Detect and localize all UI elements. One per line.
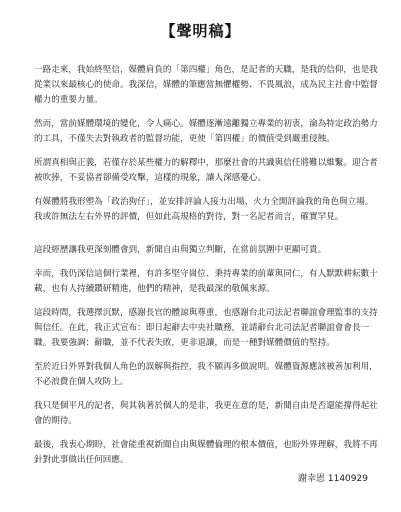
- statement-body: 一路走來，我始終堅信，媒體肩負的「第四權」角色，是記者的天職，是我的信仰，也是我…: [34, 63, 369, 477]
- document-title: 【聲明稿】: [0, 20, 401, 41]
- signature: 謝幸恩 1140929: [298, 471, 368, 484]
- paragraph-line: 針對此事做出任何回應。: [34, 453, 369, 468]
- paragraph-line: 被吹捧，不妥協者卻備受攻擊，這樣的現象，讓人深感憂心。: [34, 171, 369, 186]
- paragraph-line: 有媒體將我形塑為「政治狗仔」，並安排評論人接力出場、火力全開評論我的角色與立場。: [34, 195, 369, 210]
- paragraph-line: 所謂真相與正義，若僅存於某些權力的解釋中，那麼社會的共識與信任將難以維繫。迎合者: [34, 156, 369, 171]
- statement-page: 【聲明稿】 一路走來，我始終堅信，媒體肩負的「第四權」角色，是記者的天職，是我的…: [0, 0, 401, 512]
- paragraph-line: 最後，我衷心期盼，社會能重視新聞自由與媒體倫理的根本價值，也盼外界理解，我將不再: [34, 438, 369, 453]
- paragraph-7: 這段時間，我選擇沉默，感謝長官的體諒與尊重，也感謝台北司法記者聯誼會理監事的支持…: [34, 306, 369, 351]
- paragraph-line: 我只是個平凡的記者，與其執著於個人的是非，我更在意的是，新聞自由是否還能撐得起社: [34, 399, 369, 414]
- paragraph-6: 幸而，我仍深信這個行業裡，有許多堅守崗位、秉持專業的前輩與同仁，有人默默耕耘數十…: [34, 267, 369, 297]
- paragraph-line: 幸而，我仍深信這個行業裡，有許多堅守崗位、秉持專業的前輩與同仁，有人默默耕耘數十: [34, 267, 369, 282]
- paragraph-8: 至於近日外界對我個人角色的誤解與指控，我不願再多做說明。媒體資源應該被善加利用，…: [34, 360, 369, 390]
- paragraph-2: 然而，當前媒體環境的變化，令人痛心。媒體逐漸遠離獨立專業的初衷，淪為特定政治勢力…: [34, 117, 369, 147]
- paragraph-4: 有媒體將我形塑為「政治狗仔」，並安排評論人接力出場、火力全開評論我的角色與立場。…: [34, 195, 369, 225]
- paragraph-9: 我只是個平凡的記者，與其執著於個人的是非，我更在意的是，新聞自由是否還能撐得起社…: [34, 399, 369, 429]
- paragraph-line: 這段時間，我選擇沉默，感謝長官的體諒與尊重，也感謝台北司法記者聯誼會理監事的支持: [34, 306, 369, 321]
- paragraph-line: 這段經歷讓我更深刻體會到，新聞自由與獨立判斷，在當前氛圍中更顯可貴。: [34, 243, 369, 258]
- paragraph-line: 的工具，不僅失去對執政者的監督功能，更使「第四權」的價值受到嚴重侵蝕。: [34, 132, 369, 147]
- paragraph-line: 我或許無法左右外界的評價，但如此高規格的對待，對一名記者而言，確實罕見。: [34, 210, 369, 225]
- paragraph-line: 會的期待。: [34, 414, 369, 429]
- paragraph-3: 所謂真相與正義，若僅存於某些權力的解釋中，那麼社會的共識與信任將難以維繫。迎合者…: [34, 156, 369, 186]
- paragraph-5: 這段經歷讓我更深刻體會到，新聞自由與獨立判斷，在當前氛圍中更顯可貴。: [34, 243, 369, 258]
- paragraph-line: 載，也有人持續鑽研精進，他們的精神，是我最深的敬佩來源。: [34, 282, 369, 297]
- paragraph-line: 權力的重要力量。: [34, 93, 369, 108]
- paragraph-line: 一路走來，我始終堅信，媒體肩負的「第四權」角色，是記者的天職，是我的信仰，也是我: [34, 63, 369, 78]
- paragraph-line: 不必浪費在個人攻防上。: [34, 375, 369, 390]
- paragraph-line: 與信任。在此，我正式宣布：即日起辭去中央社職務，並請辭台北司法記者聯誼會會長一: [34, 321, 369, 336]
- paragraph-1: 一路走來，我始終堅信，媒體肩負的「第四權」角色，是記者的天職，是我的信仰，也是我…: [34, 63, 369, 108]
- paragraph-line: 職。我要強調：辭職，並不代表失敗，更非退讓，而是一種對媒體價值的堅持。: [34, 336, 369, 351]
- paragraph-line: 至於近日外界對我個人角色的誤解與指控，我不願再多做說明。媒體資源應該被善加利用，: [34, 360, 369, 375]
- paragraph-line: 然而，當前媒體環境的變化，令人痛心。媒體逐漸遠離獨立專業的初衷，淪為特定政治勢力: [34, 117, 369, 132]
- paragraph-line: 從業以來最核心的使命。我深信，媒體的筆應當無懼權勢、不畏風浪，成為民主社會中監督: [34, 78, 369, 93]
- paragraph-10: 最後，我衷心期盼，社會能重視新聞自由與媒體倫理的根本價值，也盼外界理解，我將不再…: [34, 438, 369, 468]
